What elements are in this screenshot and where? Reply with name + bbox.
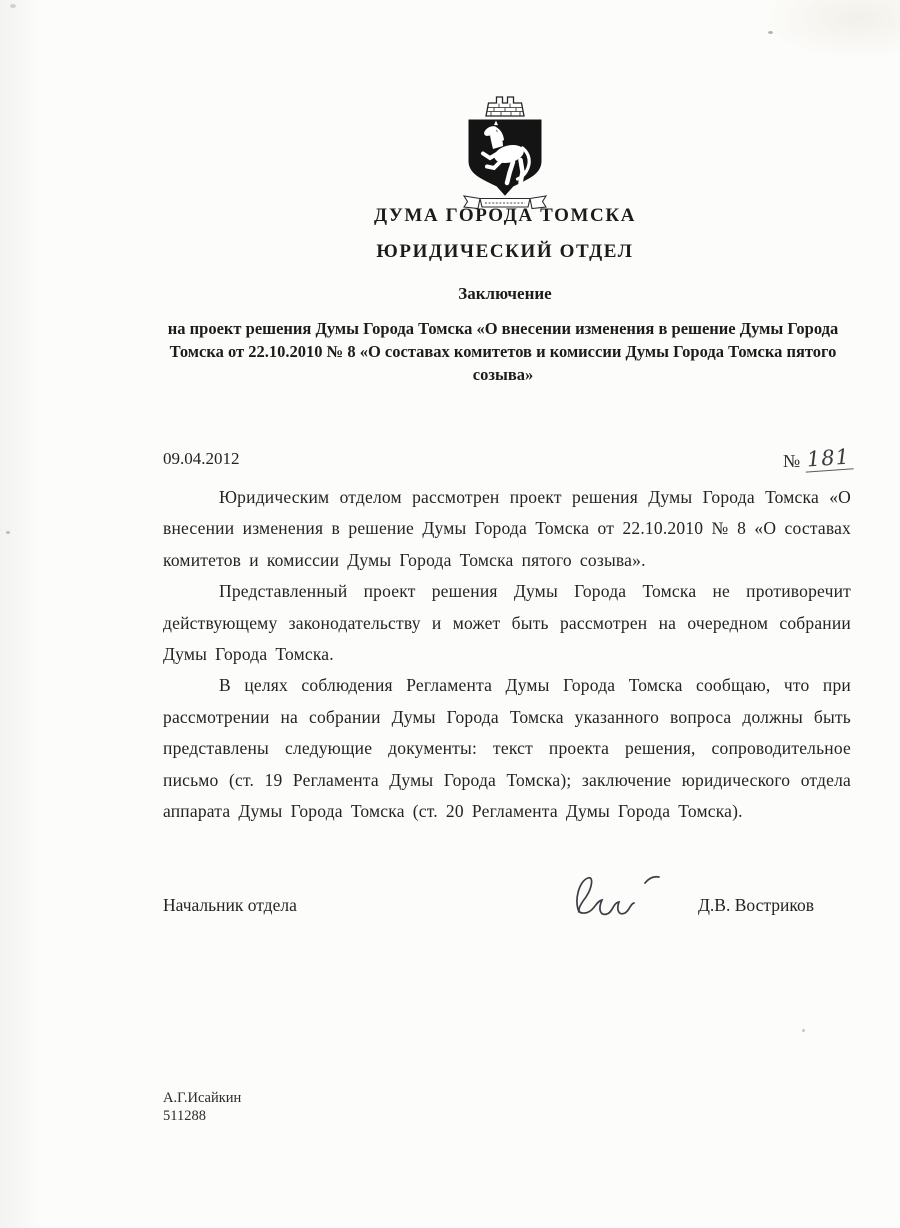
scan-speck — [10, 4, 16, 8]
signer-position-title: Начальник отдела — [163, 895, 297, 916]
scan-edge-shadow — [0, 0, 42, 1228]
number-sign-label: № — [783, 451, 800, 471]
scan-speck — [768, 31, 773, 34]
executor-block: А.Г.Исайкин 511288 — [163, 1089, 241, 1125]
scanned-document-page: ДУМА ГОРОДА ТОМСКА ЮРИДИЧЕСКИЙ ОТДЕЛ Зак… — [0, 0, 900, 1228]
mural-crown-icon — [486, 97, 524, 116]
scan-speck — [6, 531, 10, 534]
signer-name: Д.В. Востриков — [698, 895, 814, 916]
handwritten-signature-icon — [563, 870, 667, 922]
document-body: Юридическим отделом рассмотрен проект ре… — [163, 482, 851, 827]
body-paragraph: Юридическим отделом рассмотрен проект ре… — [163, 482, 851, 576]
tomsk-coat-of-arms-icon — [450, 92, 560, 214]
department-name: ЮРИДИЧЕСКИЙ ОТДЕЛ — [55, 241, 900, 263]
document-number: № 181 — [783, 448, 853, 473]
scan-smudge — [760, 0, 900, 60]
executor-name: А.Г.Исайкин — [163, 1089, 241, 1107]
document-type-heading: Заключение — [55, 284, 900, 304]
document-subject: на проект решения Думы Города Томска «О … — [158, 318, 848, 386]
executor-number: 511288 — [163, 1107, 241, 1125]
handwritten-number: 181 — [804, 444, 854, 472]
body-paragraph: В целях соблюдения Регламента Думы Город… — [163, 670, 851, 827]
scan-speck — [802, 1029, 805, 1032]
org-name: ДУМА ГОРОДА ТОМСКА — [55, 205, 900, 227]
document-date: 09.04.2012 — [163, 449, 240, 469]
body-paragraph: Представленный проект решения Думы Город… — [163, 576, 851, 670]
